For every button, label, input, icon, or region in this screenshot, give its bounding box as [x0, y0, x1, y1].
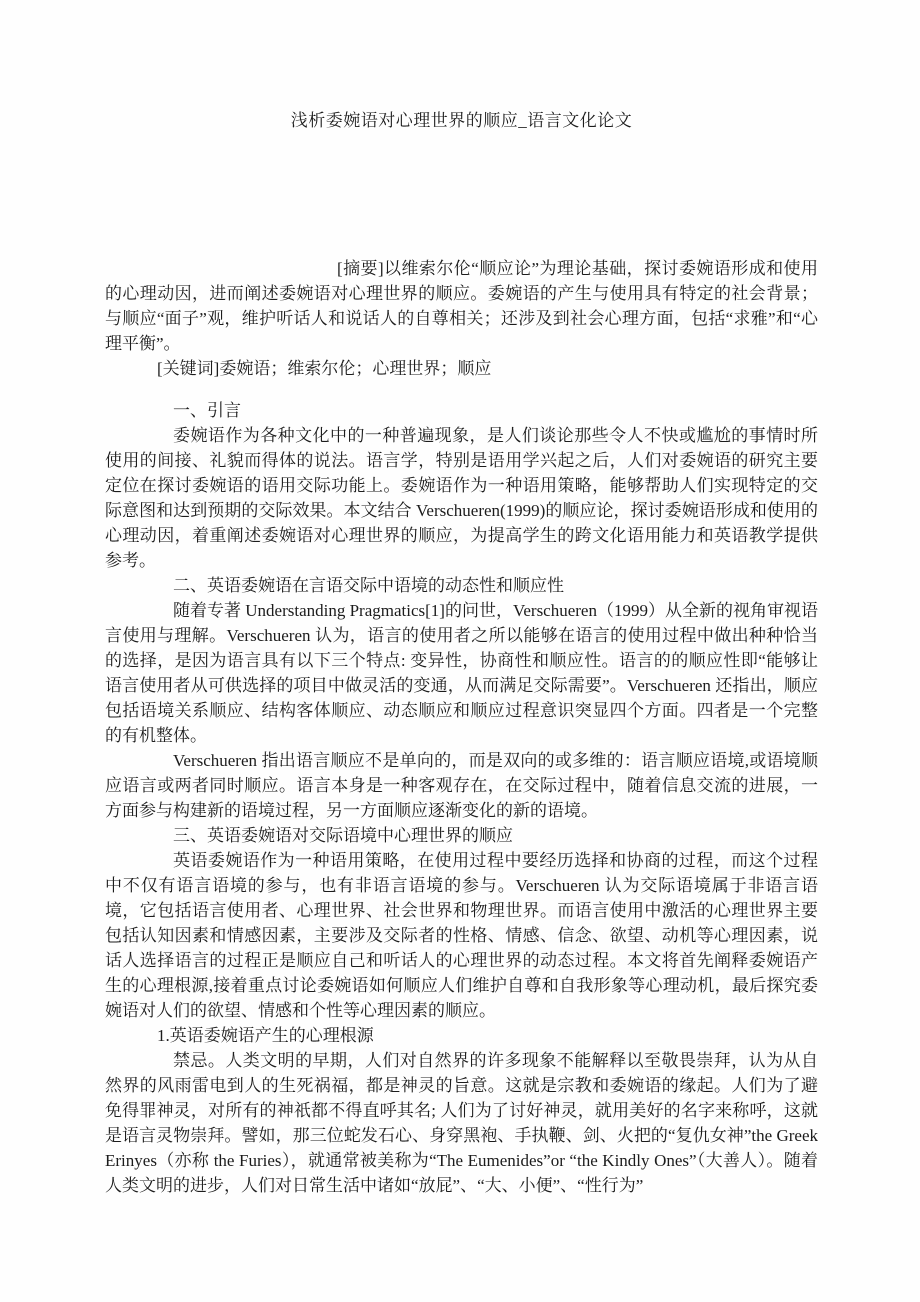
section-heading-introduction: 一、引言 [105, 398, 818, 423]
document-page: 浅析委婉语对心理世界的顺应_语言文化论文 [摘要]以维索尔伦“顺应论”为理论基础… [0, 0, 920, 1302]
page-title: 浅析委婉语对心理世界的顺应_语言文化论文 [105, 0, 818, 133]
subsection-heading-psychological-roots: 1.英语委婉语产生的心理根源 [105, 1023, 818, 1048]
body-paragraph-communicative-context: 英语委婉语作为一种语用策略，在使用过程中要经历选择和协商的过程，而这个过程中不仅… [105, 848, 818, 1023]
document-content: 浅析委婉语对心理世界的顺应_语言文化论文 [摘要]以维索尔伦“顺应论”为理论基础… [0, 0, 920, 1198]
body-paragraph-verschueren-theory: 随着专著 Understanding Pragmatics[1]的问世，Vers… [105, 598, 818, 748]
body-paragraph-taboo-origins: 禁忌。人类文明的早期，人们对自然界的许多现象不能解释以至敬畏崇拜，认为从自然界的… [105, 1048, 818, 1198]
keywords-line: [关键词]委婉语；维索尔伦；心理世界；顺应 [105, 356, 818, 381]
abstract-paragraph: [摘要]以维索尔伦“顺应论”为理论基础，探讨委婉语形成和使用的心理动因，进而阐述… [105, 256, 818, 356]
section-heading-dynamics-adaptability: 二、英语委婉语在言语交际中语境的动态性和顺应性 [105, 573, 818, 598]
body-paragraph-bidirectional-adaptation: Verschueren 指出语言顺应不是单向的，而是双向的或多维的：语言顺应语境… [105, 748, 818, 823]
introduction-paragraph: 委婉语作为各种文化中的一种普遍现象，是人们谈论那些令人不快或尴尬的事情时所使用的… [105, 423, 818, 573]
section-heading-mental-world-adaptation: 三、英语委婉语对交际语境中心理世界的顺应 [105, 823, 818, 848]
